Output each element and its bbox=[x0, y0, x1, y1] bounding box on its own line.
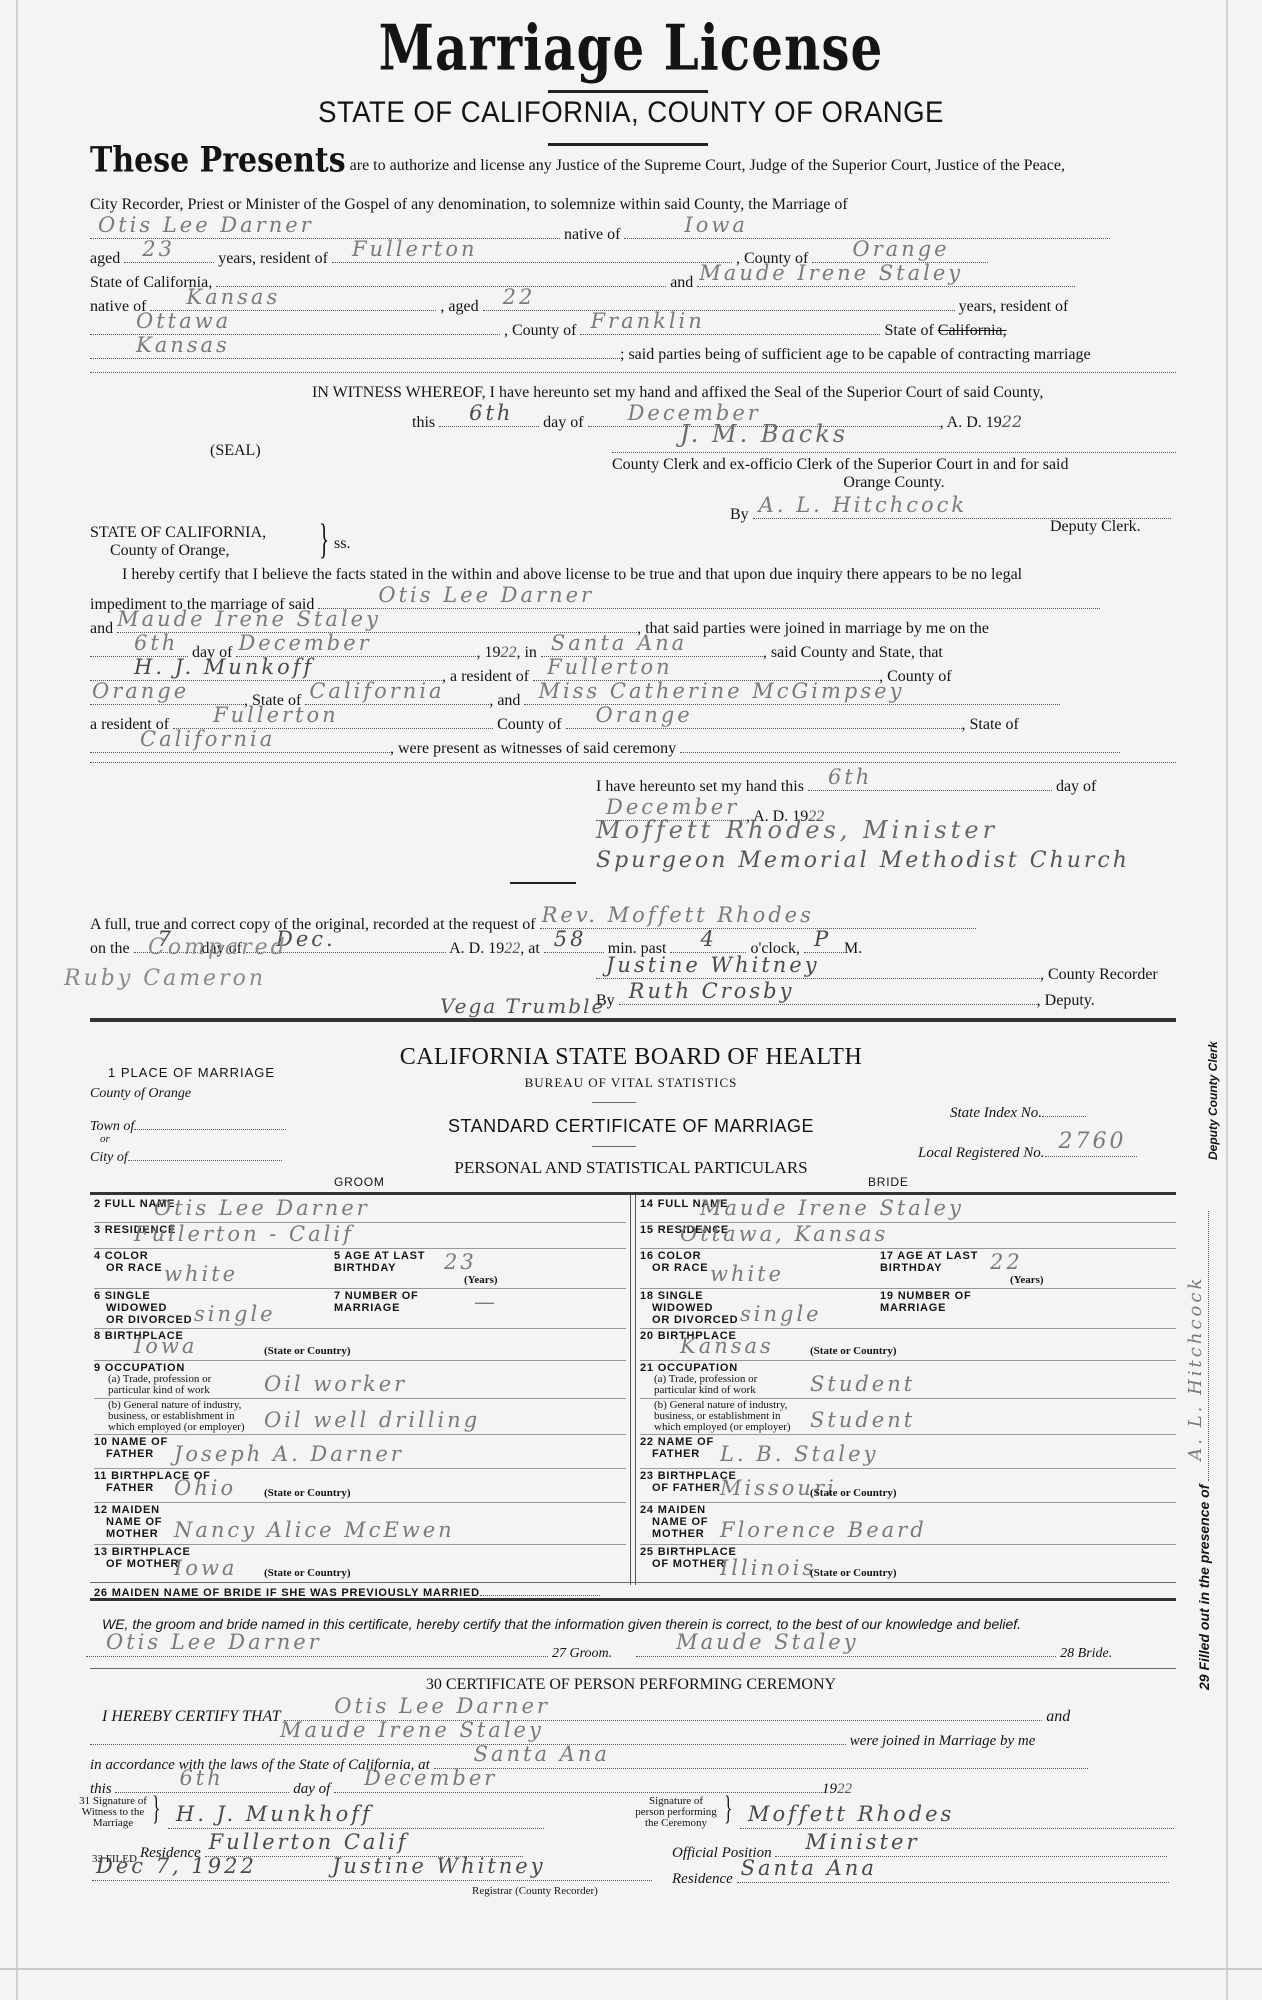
groom-mother-value: Nancy Alice McEwen bbox=[174, 1518, 455, 1542]
cert-day-field: 6th bbox=[115, 1772, 289, 1793]
cert-witness1-res-field: Fullerton bbox=[533, 660, 879, 681]
extra-signature: Vega Trumble bbox=[440, 994, 605, 1018]
bracket-icon: } bbox=[319, 516, 329, 564]
bride-row: 20 BIRTHPLACEKansas(State or Country) bbox=[640, 1328, 1176, 1361]
official-position-field: Minister bbox=[775, 1836, 1167, 1857]
cert-witness2-state-field: California bbox=[90, 732, 390, 753]
cert-witness2-res-field: Fullerton bbox=[173, 708, 493, 729]
bride-native-field: Kansas bbox=[150, 290, 436, 311]
groom-row: 8 BIRTHPLACEIowa(State or Country) bbox=[94, 1328, 626, 1361]
bride-full-name-value: Maude Irene Staley bbox=[700, 1196, 964, 1220]
left-margin-line bbox=[16, 0, 18, 2000]
margin-note: 29 Filled out in the presence of A. L. H… bbox=[1192, 1211, 1212, 1690]
record-deputy-field: Ruth Crosby bbox=[619, 984, 1037, 1005]
subtitle-rule bbox=[548, 143, 708, 146]
groom-row: 3 RESIDENCEFullerton - Calif bbox=[94, 1222, 626, 1249]
groom-row: 12 MAIDENNAME OFMOTHERNancy Alice McEwen bbox=[94, 1502, 626, 1545]
bride-row: 14 FULL NAMEMaude Irene Staley bbox=[640, 1196, 1176, 1223]
groom-age-field: 23 bbox=[124, 242, 214, 263]
groom-full-name-value: Otis Lee Darner bbox=[154, 1196, 370, 1220]
cert-witness2-county-field: Orange bbox=[566, 708, 962, 729]
bride-industry-value: Student bbox=[810, 1408, 915, 1432]
bride-age-field: 22 bbox=[483, 290, 955, 311]
groom-residence-field: Fullerton bbox=[332, 242, 732, 263]
groom-birthplace-value: Iowa bbox=[134, 1334, 197, 1358]
officiant-church: Spurgeon Memorial Methodist Church bbox=[596, 848, 1256, 873]
margin-signature-field: A. L. Hitchcock bbox=[1192, 1211, 1209, 1481]
officiant-signature: Moffett Rhodes, Minister bbox=[596, 816, 998, 844]
title-rule bbox=[548, 90, 708, 93]
groom-row: 13 BIRTHPLACEOF MOTHERIowa(State or Coun… bbox=[94, 1544, 626, 1583]
recorder-signature-field: Justine Whitney bbox=[596, 958, 1040, 979]
bride-residence-field: Ottawa bbox=[90, 314, 500, 335]
groom-row: 4 COLOROR RACEwhite5 AGE AT LASTBIRTHDAY… bbox=[94, 1248, 626, 1289]
bride-county-field: Franklin bbox=[580, 314, 880, 335]
bride-state-field: Kansas bbox=[90, 338, 620, 359]
margin-title: Deputy County Clerk bbox=[1206, 1041, 1220, 1160]
bride-row: (b) General nature of industry,business,… bbox=[640, 1398, 1176, 1435]
clerk-signature: J. M. Backs bbox=[680, 420, 848, 448]
groom-mother-bp-value: Iowa bbox=[174, 1556, 237, 1580]
groom-father-value: Joseph A. Darner bbox=[174, 1442, 404, 1466]
groom-num-marriage-value: — bbox=[474, 1290, 498, 1314]
cert-witness1-state-field: California bbox=[305, 684, 489, 705]
groom-county-field: Orange bbox=[812, 242, 988, 263]
groom-age-value: 23 bbox=[444, 1250, 477, 1274]
groom-status-value: single bbox=[194, 1302, 276, 1326]
license-title: Marriage License bbox=[0, 11, 1262, 85]
cert-day-field: 6th bbox=[90, 636, 188, 657]
cert-bride-name-field: Maude Irene Staley bbox=[90, 1724, 846, 1745]
bride-residence-value: Ottawa, Kansas bbox=[680, 1222, 888, 1246]
bride-row: 21 OCCUPATION(a) Trade, profession orpar… bbox=[640, 1360, 1176, 1399]
groom-signature-field: Otis Lee Darner bbox=[86, 1636, 548, 1657]
bride-signature-field: Maude Staley bbox=[636, 1636, 1056, 1657]
groom-color-value: white bbox=[164, 1262, 238, 1286]
cert-month-field: December bbox=[334, 1772, 822, 1793]
groom-row: 9 OCCUPATION(a) Trade, profession orpart… bbox=[94, 1360, 626, 1399]
compared-note: Compared bbox=[148, 935, 288, 960]
groom-residence-value: Fullerton - Calif bbox=[134, 1222, 354, 1246]
bride-row: 15 RESIDENCEOttawa, Kansas bbox=[640, 1222, 1176, 1249]
bride-mother-value: Florence Beard bbox=[720, 1518, 927, 1542]
groom-row: 11 BIRTHPLACE OFFATHEROhio(State or Coun… bbox=[94, 1468, 626, 1503]
particulars-title: PERSONAL AND STATISTICAL PARTICULARS bbox=[0, 1158, 1262, 1178]
bride-row: 22 NAME OFFATHERL. B. Staley bbox=[640, 1434, 1176, 1469]
record-minutes-field: 58 bbox=[544, 932, 604, 953]
bride-father-value: L. B. Staley bbox=[720, 1442, 878, 1466]
bride-row: 16 COLOROR RACEwhite17 AGE AT LASTBIRTHD… bbox=[640, 1248, 1176, 1289]
filed-field: Dec 7, 1922Justine Whitney bbox=[92, 1860, 652, 1881]
groom-row: (b) General nature of industry,business,… bbox=[94, 1398, 626, 1435]
right-margin-line bbox=[1226, 0, 1228, 2000]
bride-row: 25 BIRTHPLACEOF MOTHERIllinois(State or … bbox=[640, 1544, 1176, 1583]
groom-row: 6 SINGLEWIDOWEDOR DIVORCEDsingle7 NUMBER… bbox=[94, 1288, 626, 1329]
bride-header: BRIDE bbox=[868, 1176, 909, 1188]
cert-witness1-field: H. J. Munkoff bbox=[90, 660, 442, 681]
requested-by-field: Rev. Moffett Rhodes bbox=[540, 908, 976, 929]
bride-trade-value: Student bbox=[810, 1372, 915, 1396]
county-of-orange: County of Orange bbox=[90, 1086, 191, 1102]
presents-line-1: These Presents are to authorize and lice… bbox=[90, 150, 1065, 177]
hand-day-field: 6th bbox=[808, 770, 1052, 791]
bride-color-value: white bbox=[710, 1262, 784, 1286]
registrar-label: Registrar (County Recorder) bbox=[472, 1886, 598, 1897]
bride-state-line: Kansas; said parties being of sufficient… bbox=[90, 338, 1091, 366]
groom-row: 10 NAME OFFATHERJoseph A. Darner bbox=[94, 1434, 626, 1469]
cert-place-field: Santa Ana bbox=[434, 1748, 1088, 1769]
witness-signature-field: H. J. Munkhoff bbox=[168, 1808, 544, 1829]
maiden-name-field bbox=[480, 1585, 600, 1596]
record-ampm-field: P bbox=[804, 932, 844, 953]
officiant-signature-field: Moffett Rhodes bbox=[740, 1808, 1174, 1829]
groom-native-field: Iowa bbox=[624, 218, 1110, 239]
bottom-margin-line bbox=[0, 1968, 1262, 1970]
bride-status-value: single bbox=[740, 1302, 822, 1326]
issue-day-field: 6th bbox=[439, 406, 539, 427]
place-label: 1 PLACE OF MARRIAGE bbox=[108, 1067, 275, 1079]
officiant-residence-field: Santa Ana bbox=[737, 1862, 1169, 1883]
bride-row: 23 BIRTHPLACEOF FATHERMissouri(State or … bbox=[640, 1468, 1176, 1503]
groom-row: 2 FULL NAMEOtis Lee Darner bbox=[94, 1196, 626, 1223]
compared-by: Ruby Cameron bbox=[64, 966, 266, 991]
column-divider bbox=[630, 1195, 636, 1585]
cert-county: County of Orange, bbox=[110, 540, 230, 562]
record-hour-field: 4 bbox=[670, 932, 746, 953]
state-index-field bbox=[1042, 1100, 1086, 1117]
cert-groom-field: Otis Lee Darner bbox=[318, 588, 1100, 609]
presents-text-1: are to authorize and license any Justice… bbox=[350, 157, 1065, 174]
cert-ss: ss. bbox=[334, 533, 350, 555]
bride-name-field: Maude Irene Staley bbox=[697, 266, 1075, 287]
groom-trade-value: Oil worker bbox=[264, 1372, 407, 1396]
cert-bride-field: Maude Irene Staley bbox=[117, 612, 637, 633]
cert-place-field: Santa Ana bbox=[541, 636, 763, 657]
bride-row: 24 MAIDENNAME OFMOTHERFlorence Beard bbox=[640, 1502, 1176, 1545]
groom-industry-value: Oil well drilling bbox=[264, 1408, 480, 1432]
presents-lead: These Presents bbox=[90, 148, 346, 173]
cert-witness2-field: Miss Catherine McGimpsey bbox=[524, 684, 1060, 705]
groom-father-bp-value: Ohio bbox=[174, 1476, 236, 1500]
bride-mother-bp-value: Illinois bbox=[720, 1556, 816, 1580]
bride-age-value: 22 bbox=[990, 1250, 1023, 1274]
cert-witness1-county-field: Orange bbox=[90, 684, 244, 705]
seal-label: (SEAL) bbox=[210, 440, 261, 462]
bride-birthplace-value: Kansas bbox=[680, 1334, 774, 1358]
clerk-title-2: Orange County. bbox=[612, 472, 1176, 494]
groom-name-field: Otis Lee Darner bbox=[90, 218, 560, 239]
license-subtitle: STATE OF CALIFORNIA, COUNTY OF ORANGE bbox=[50, 96, 1211, 130]
deputy-title: Deputy Clerk. bbox=[1050, 516, 1141, 538]
ceremony-title: 30 CERTIFICATE OF PERSON PERFORMING CERE… bbox=[0, 1676, 1262, 1694]
local-registered-field: 2760 bbox=[1045, 1140, 1137, 1157]
cert-month-field: December bbox=[236, 636, 476, 657]
groom-header: GROOM bbox=[334, 1176, 385, 1188]
bride-row: 18 SINGLEWIDOWEDOR DIVORCEDsingle19 NUMB… bbox=[640, 1288, 1176, 1329]
